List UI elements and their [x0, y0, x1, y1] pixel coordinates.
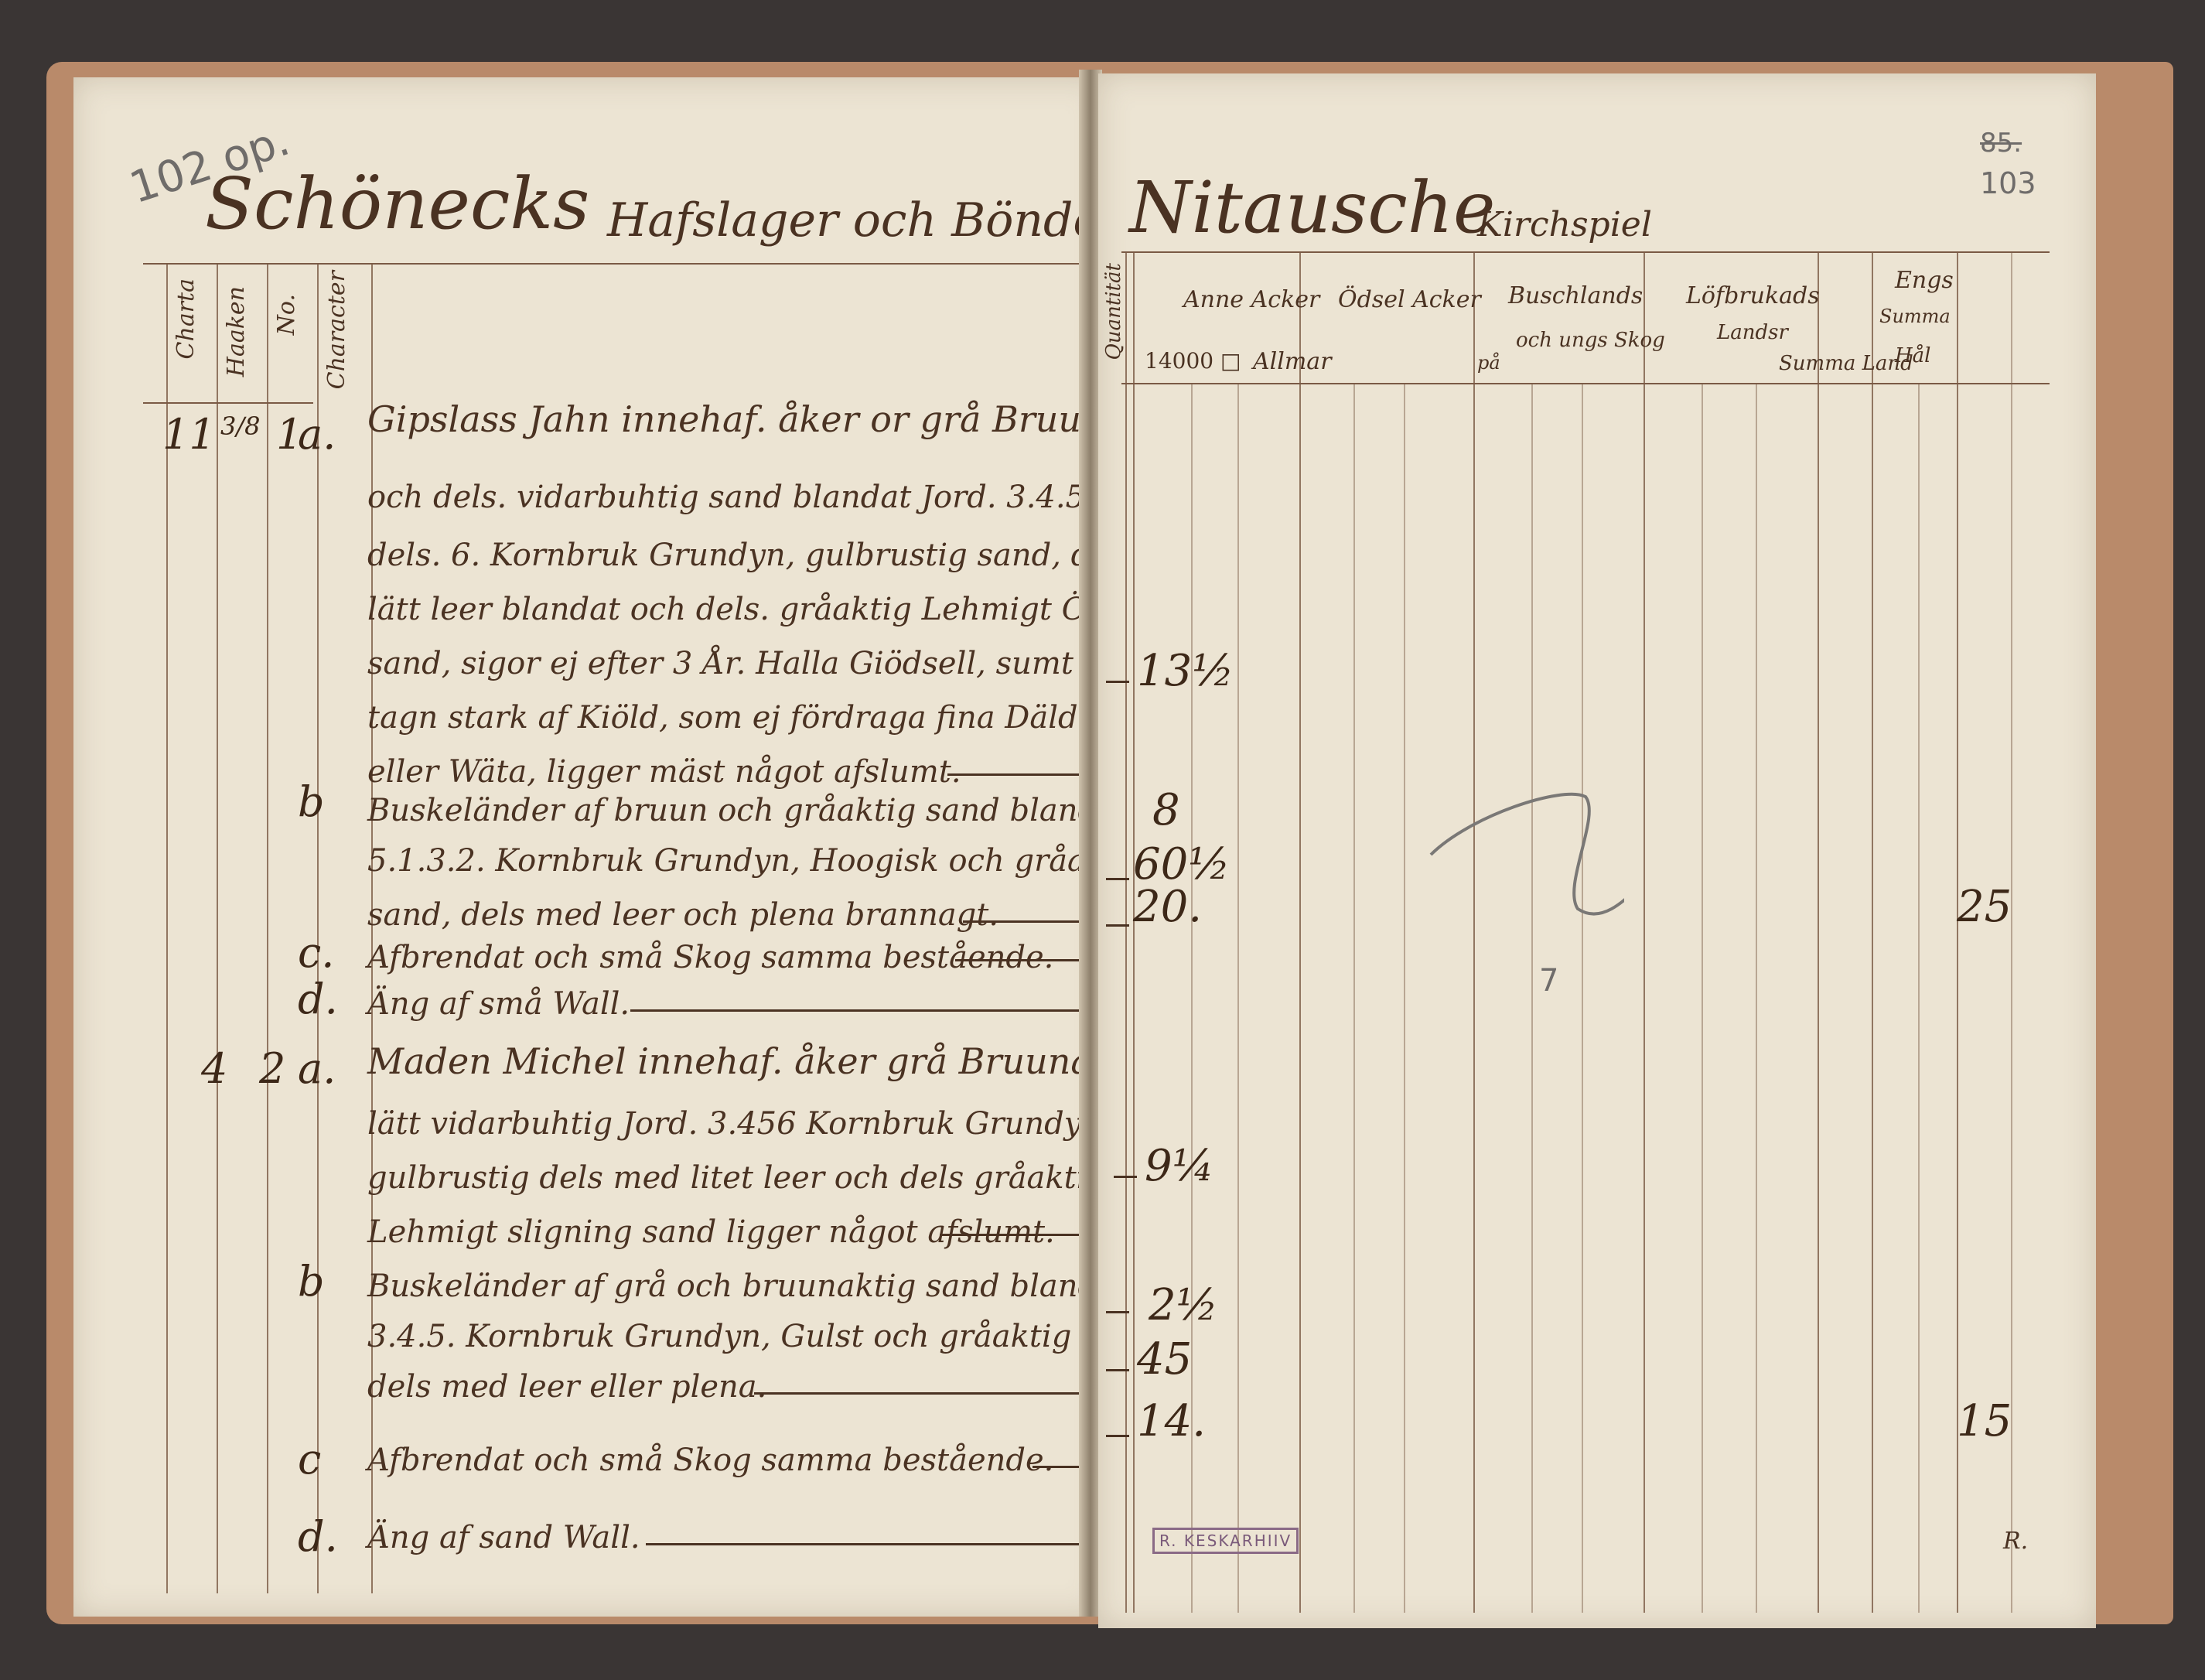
header-rule-top	[1121, 251, 2050, 253]
pencil-squiggle-mark	[1423, 770, 1624, 924]
column-divider	[1353, 383, 1355, 1613]
engs-value: 25	[1957, 882, 2012, 932]
column-divider	[166, 263, 168, 1593]
entry2-b-line: 3.4.5. Kornbruk Grundyn, Gulst och gråak…	[367, 1319, 1166, 1354]
entry1-b-line: 5.1.3.2. Kornbruk Grundyn, Hoogisk och g…	[367, 843, 1147, 879]
col-header-lofbrukads-sub: Landsr	[1717, 321, 1788, 344]
entry2-a-line: lätt vidarbuhtig Jord. 3.456 Kornbruk Gr…	[367, 1106, 1111, 1142]
pencil-mark-7: 7	[1539, 963, 1558, 999]
page-subtitle: Kirchspiel	[1477, 205, 1652, 244]
entry1-a-line: tagn stark af Kiöld, som ej fördraga fin…	[367, 700, 1096, 736]
column-divider	[1531, 383, 1533, 1613]
col-header-character: Character	[323, 271, 350, 389]
entry1-d-line: Äng af små Wall.	[367, 986, 630, 1022]
column-divider	[1644, 251, 1645, 1613]
entry1-a-line: dels. 6. Kornbruk Grundyn, gulbrustig sa…	[367, 538, 1135, 573]
entry2-charta: 4	[201, 1044, 227, 1093]
entry2-b-line: dels med leer eller plena.	[367, 1369, 766, 1405]
entry2-d-line: Äng af sand Wall.	[367, 1520, 640, 1555]
col-header-odsel-acker: Ödsel Acker	[1338, 286, 1481, 313]
page-number-struck: 85.	[1980, 128, 2022, 159]
column-divider	[1125, 251, 1127, 1613]
col-header-haaken: Haaken	[223, 286, 250, 377]
column-divider	[1473, 251, 1475, 1613]
column-divider	[1818, 251, 1819, 1613]
row-tick	[1106, 1369, 1129, 1371]
engs-value: 15	[1957, 1396, 2012, 1446]
row-tick	[1106, 681, 1129, 683]
entry2-d-mark: d.	[298, 1512, 338, 1561]
column-divider	[1237, 383, 1239, 1613]
col-header-no: No.	[273, 294, 300, 335]
row-tick	[1106, 1311, 1129, 1313]
col-header-quantity: Quantität	[1102, 263, 1125, 360]
column-divider	[267, 263, 268, 1593]
quantity-value: 20.	[1133, 882, 1202, 932]
column-divider	[1404, 383, 1405, 1613]
entry1-d-mark: d.	[298, 975, 338, 1023]
entry1-b-mark: b	[298, 777, 325, 826]
entry1-a-line: eller Wäta, ligger mäst något afslumt.	[367, 754, 961, 790]
col-header-engs-sub: Summa	[1879, 306, 1951, 327]
entry2-no: 2	[259, 1044, 285, 1093]
entry1-a-mark: a.	[298, 410, 336, 459]
entry2-a-line: Lehmigt sligning sand ligger något afslu…	[367, 1214, 1055, 1250]
col-header-engs: Engs	[1895, 267, 1954, 294]
row-tick	[1114, 1176, 1137, 1178]
col-header-acker-sub: Allmar	[1253, 348, 1332, 375]
row-tick	[1106, 1435, 1129, 1437]
line-end-rule	[630, 1009, 1102, 1012]
column-divider	[1582, 383, 1583, 1613]
header-rule-bottom	[143, 402, 313, 404]
entry1-charta: 11	[162, 410, 216, 459]
quantity-value: 9¼	[1145, 1141, 1214, 1191]
column-divider	[1133, 251, 1135, 1613]
entry1-c-line: Afbrendat och små Skog samma bestående.	[367, 940, 1053, 975]
column-divider	[1299, 251, 1301, 1613]
entry2-c-mark: c	[298, 1435, 321, 1484]
archive-stamp: R. KESKARHIIV	[1152, 1528, 1299, 1554]
column-divider	[1872, 251, 1873, 1613]
corner-note: R.	[2003, 1528, 2028, 1555]
entry1-haaken: 3/8	[220, 411, 261, 441]
column-divider	[1702, 383, 1703, 1613]
column-divider	[1756, 383, 1757, 1613]
col-header-summa-land: Summa Land	[1779, 352, 1913, 375]
col-header-quantity-unit: 14000 □	[1145, 348, 1241, 374]
page-number: 103	[1980, 166, 2036, 200]
line-end-rule	[940, 1234, 1102, 1236]
col-header-charta: Charta	[172, 278, 200, 359]
col-header-acker: Anne Acker	[1183, 286, 1319, 313]
entry1-c-mark: c.	[298, 928, 334, 977]
entry1-a-line: och dels. vidarbuhtig sand blandat Jord.…	[367, 480, 1151, 515]
line-end-rule	[646, 1543, 1102, 1545]
entry2-c-line: Afbrendat och små Skog samma bestående.	[367, 1443, 1053, 1478]
header-rule-bottom	[1121, 383, 2050, 384]
entry1-a-line: Gipslass Jahn innehaf. åker or grå Bruun	[367, 398, 1104, 440]
quantity-value: 13½	[1137, 646, 1234, 696]
entry1-a-line: lätt leer blandat och dels. gråaktig Leh…	[367, 592, 1194, 627]
entry2-a-line: gulbrustig dels med litet leer och dels …	[367, 1160, 1106, 1196]
row-tick	[1106, 924, 1129, 927]
entry2-b-mark: b	[298, 1257, 325, 1306]
quantity-value: 45	[1137, 1334, 1192, 1385]
col-header-lofbrukads: Löfbrukads	[1686, 282, 1820, 309]
quantity-value: 14.	[1137, 1396, 1206, 1446]
header-rule-top	[143, 263, 1094, 265]
row-tick	[1106, 878, 1129, 880]
entry2-a-mark: a.	[298, 1044, 336, 1093]
left-page: 102 op. Schönecks Hafslager och Bönder &…	[73, 77, 1102, 1617]
col-header-buschlands-extra: på	[1477, 352, 1500, 374]
col-header-buschlands-sub: och ungs Skog	[1516, 329, 1665, 352]
col-header-buschlands: Buschlands	[1508, 282, 1643, 309]
page-title: Nitausche	[1129, 166, 1495, 249]
quantity-value: 8	[1152, 785, 1180, 835]
col-header-engs-extra: Hål	[1895, 344, 1931, 367]
column-divider	[1918, 383, 1920, 1613]
column-divider	[217, 263, 218, 1593]
page-title: Schönecks	[205, 162, 589, 245]
entry1-b-line: sand, dels med leer och plena brannagt.	[367, 897, 998, 933]
line-end-rule	[754, 1392, 1102, 1395]
quantity-value: 2½	[1149, 1280, 1218, 1330]
right-page: 85. 103 Nitausche Kirchspiel Quantität 1…	[1098, 73, 2096, 1628]
entry1-a-line: sand, sigor ej efter 3 År. Halla Giödsel…	[367, 646, 1073, 681]
